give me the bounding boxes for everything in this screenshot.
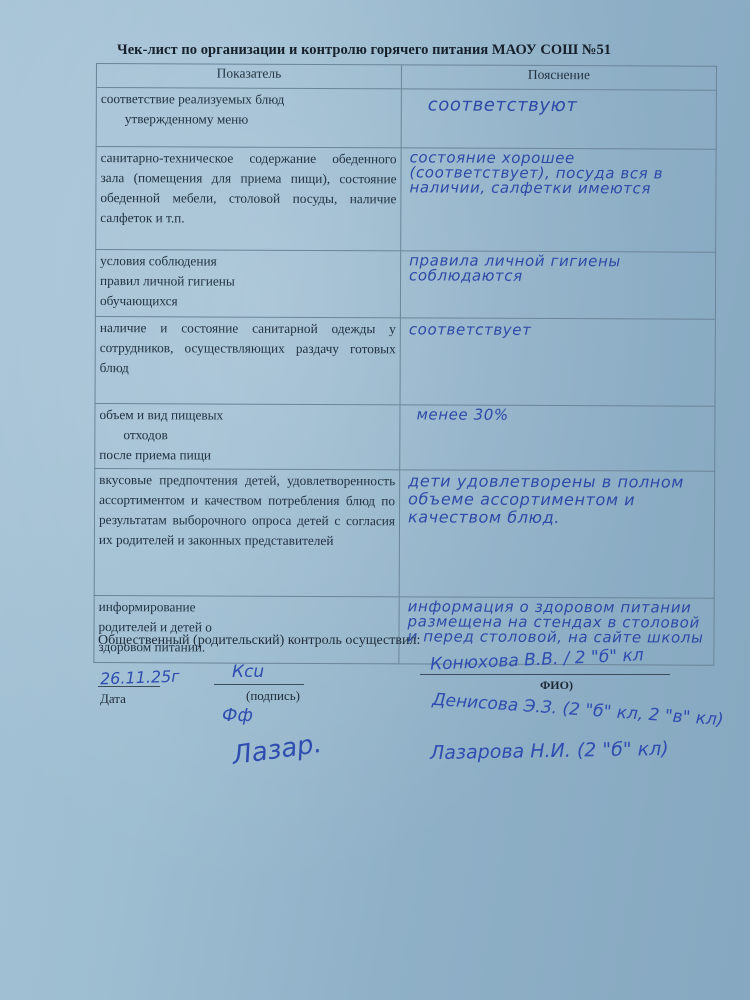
indicator-line: отходов — [99, 425, 395, 446]
header-indicator: Показатель — [96, 64, 401, 89]
indicator-cell: условия соблюдения правил личной гигиены… — [95, 250, 400, 318]
answer-text: информация о здоровом питании размещена … — [407, 597, 703, 646]
document-title: Чек-лист по организации и контролю горяч… — [117, 42, 677, 59]
indicator-line: правил личной гигиены — [100, 271, 396, 292]
signature-handwritten: Ксu — [232, 662, 264, 682]
table-row: вкусовые предпочтения детей, удовлетворе… — [94, 468, 715, 598]
indicator-line: утвержденному меню — [101, 109, 397, 130]
fio-label: ФИО) — [540, 678, 573, 693]
extra-signature: Фф — [222, 705, 253, 726]
control-label: Общественный (родительский) контроль осу… — [98, 633, 420, 649]
date-label: Дата — [100, 691, 126, 707]
indicator-line: обучающихся — [100, 291, 396, 312]
indicator-cell: объем и вид пищевых отходов после приема… — [95, 403, 400, 469]
answer-handwritten: менее 30% — [400, 405, 715, 471]
table-row: объем и вид пищевых отходов после приема… — [95, 403, 715, 471]
indicator-cell: наличие и состояние санитарной одежды у … — [95, 316, 400, 404]
answer-text: менее 30% — [416, 407, 508, 422]
indicator-line: условия соблюдения — [100, 251, 396, 272]
header-explanation: Пояснение — [401, 65, 716, 90]
signature-label: (подпись) — [246, 688, 300, 704]
answer-text: соответствует — [409, 322, 532, 338]
checklist-table: Показатель Пояснение соответствие реализ… — [93, 63, 717, 666]
answer-handwritten: дети удовлетворены в полном объеме ассор… — [399, 470, 715, 598]
indicator-line: после приема пищи — [99, 445, 395, 466]
extra-name: Лазарова Н.И. (2 "б" кл) — [430, 738, 669, 764]
answer-text: соответствуют — [428, 97, 578, 113]
answer-handwritten: состояние хорошее (соответствует), посуд… — [401, 148, 716, 252]
answer-handwritten: соответствуют — [401, 89, 716, 149]
table-row: соответствие реализуемых блюд утвержденн… — [96, 88, 716, 150]
answer-text: правила личной гигиены соблюдаются — [409, 251, 621, 284]
indicator-cell: вкусовые предпочтения детей, удовлетворе… — [94, 468, 400, 596]
indicator-cell: санитарно-техническое содержание обеденн… — [96, 147, 401, 251]
fio-underline — [420, 674, 670, 675]
extra-name: Денисова Э.З. (2 "б" кл, 2 "в" кл) — [432, 690, 725, 730]
indicator-line: объем и вид пищевых — [99, 405, 395, 426]
table-row: санитарно-техническое содержание обеденн… — [96, 147, 716, 253]
answer-handwritten: правила личной гигиены соблюдаются — [400, 251, 715, 319]
indicator-cell: информирование родителей и детей о здоро… — [94, 595, 399, 663]
answer-text: состояние хорошее (соответствует), посуд… — [409, 148, 663, 197]
indicator-line: информирование — [99, 597, 395, 618]
table-row: наличие и состояние санитарной одежды у … — [95, 316, 715, 406]
extra-signature: Лазар. — [230, 729, 323, 771]
signature-underline — [214, 684, 304, 685]
date-underline — [98, 686, 160, 687]
answer-text: дети удовлетворены в полном объеме ассор… — [408, 472, 708, 527]
answer-handwritten: соответствует — [400, 318, 715, 406]
table-header-row: Показатель Пояснение — [96, 64, 716, 91]
indicator-cell: соответствие реализуемых блюд утвержденн… — [96, 88, 401, 148]
indicator-line: соответствие реализуемых блюд — [101, 89, 397, 110]
table-row: условия соблюдения правил личной гигиены… — [95, 250, 715, 320]
